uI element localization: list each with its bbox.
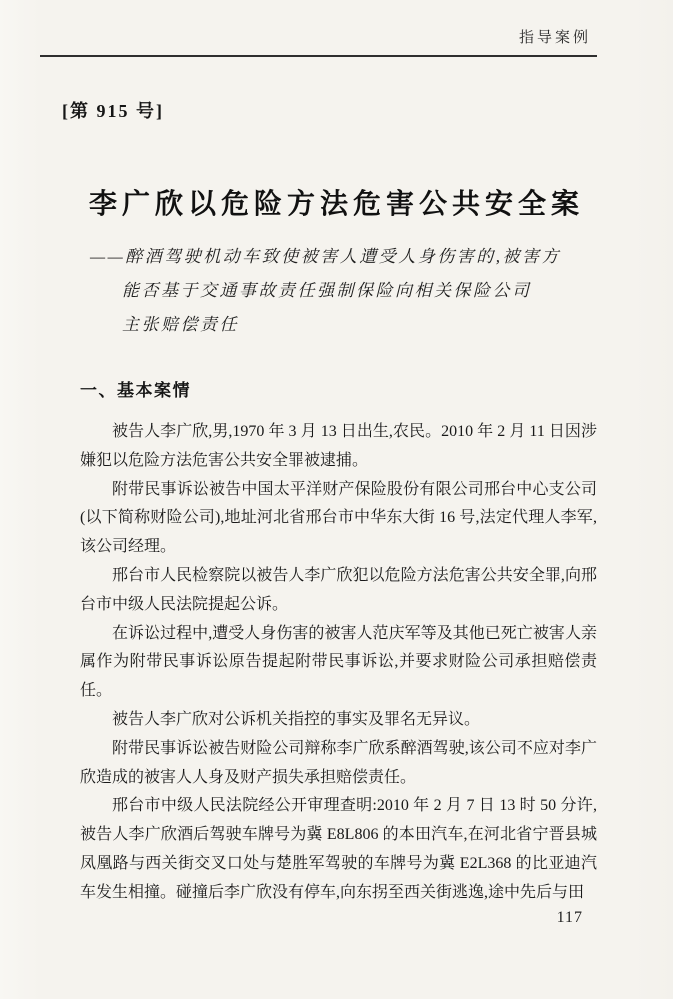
subtitle-line-2: 能否基于交通事故责任强制保险向相关保险公司 (90, 274, 595, 308)
paragraph: 在诉讼过程中,遭受人身伤害的被害人范庆军等及其他已死亡被害人亲属作为附带民事诉讼… (80, 620, 597, 706)
paragraph: 附带民事诉讼被告财险公司辩称李广欣系醉酒驾驶,该公司不应对李广欣造成的被害人人身… (80, 735, 597, 793)
body-text: 被告人李广欣,男,1970 年 3 月 13 日出生,农民。2010 年 2 月… (80, 418, 597, 908)
header-rule-divider (40, 55, 597, 57)
page-number: 117 (557, 909, 583, 927)
paragraph: 被告人李广欣对公诉机关指控的事实及罪名无异议。 (80, 706, 597, 735)
running-header: 指导案例 (519, 26, 591, 47)
paragraph: 附带民事诉讼被告中国太平洋财产保险股份有限公司邢台中心支公司(以下简称财险公司)… (80, 476, 597, 562)
paragraph: 被告人李广欣,男,1970 年 3 月 13 日出生,农民。2010 年 2 月… (80, 418, 597, 476)
document-page: 指导案例 [第 915 号] 李广欣以危险方法危害公共安全案 ——醉酒驾驶机动车… (0, 0, 673, 999)
case-title: 李广欣以危险方法危害公共安全案 (0, 182, 673, 222)
section-heading-basic-facts: 一、基本案情 (80, 376, 191, 401)
subtitle-line-3: 主张赔偿责任 (90, 308, 595, 342)
subtitle-line-1: ——醉酒驾驶机动车致使被害人遭受人身伤害的,被害方 (90, 240, 595, 274)
paragraph: 邢台市人民检察院以被告人李广欣犯以危险方法危害公共安全罪,向邢台市中级人民法院提… (80, 562, 597, 620)
case-number: [第 915 号] (62, 97, 164, 123)
paragraph: 邢台市中级人民法院经公开审理查明:2010 年 2 月 7 日 13 时 50 … (80, 792, 597, 907)
case-subtitle: ——醉酒驾驶机动车致使被害人遭受人身伤害的,被害方 能否基于交通事故责任强制保险… (90, 240, 595, 342)
